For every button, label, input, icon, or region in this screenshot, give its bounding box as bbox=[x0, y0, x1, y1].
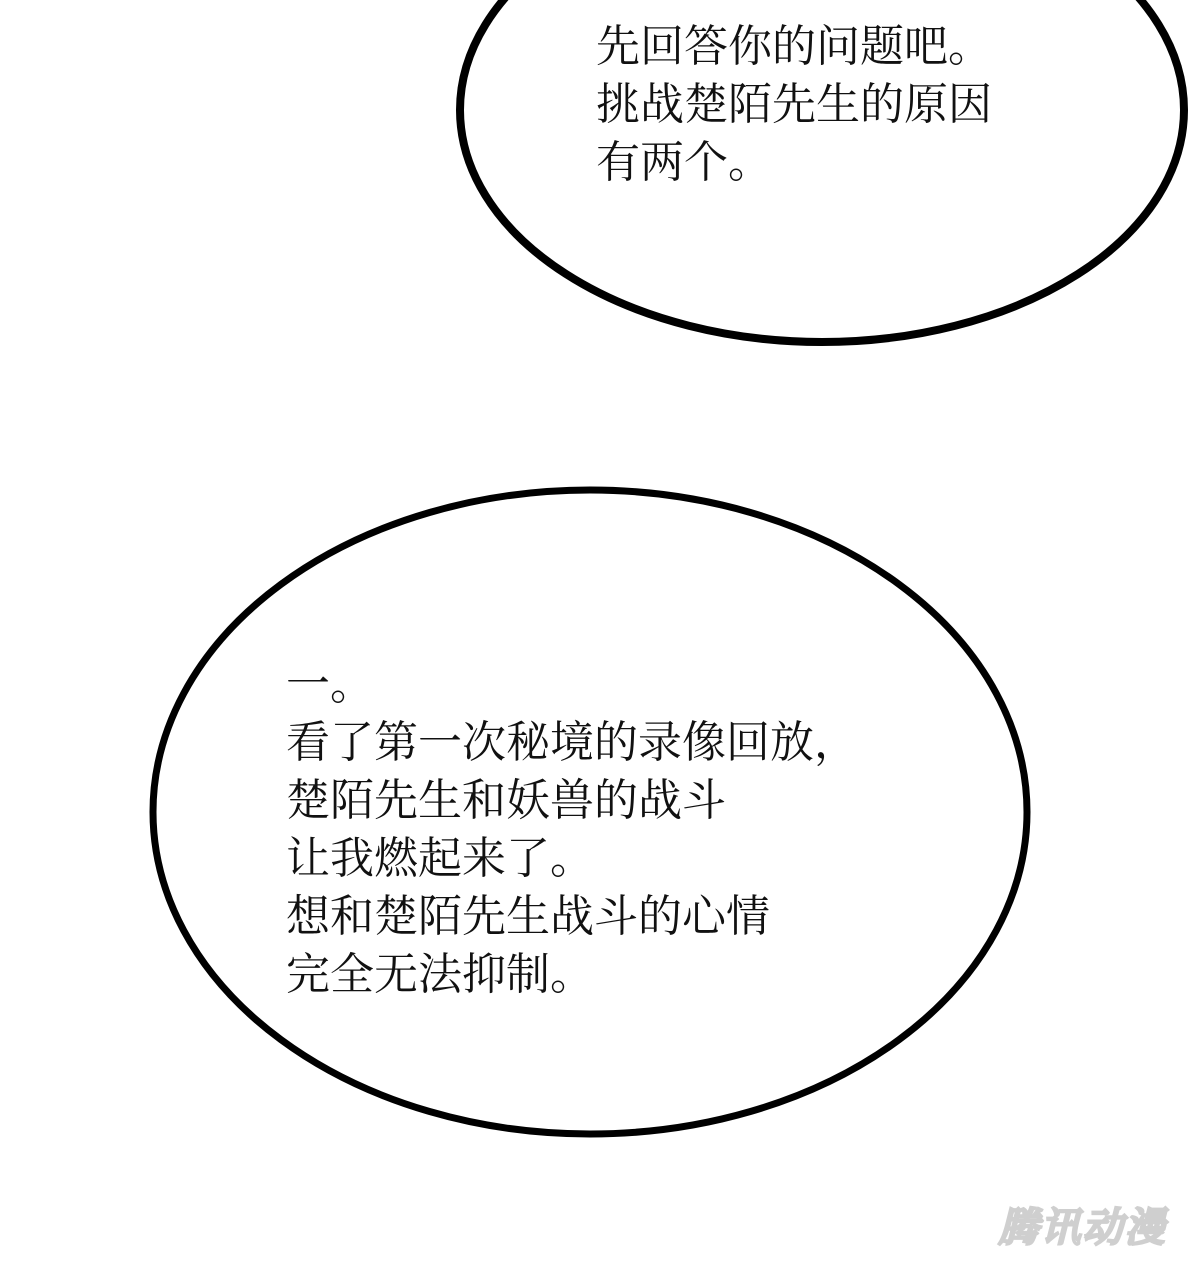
dialogue-line: 有两个。 bbox=[596, 134, 992, 192]
comic-page: 先回答你的问题吧。 挑战楚陌先生的原因 有两个。 一。 看了第一次秘境的录像回放… bbox=[0, 0, 1200, 1270]
dialogue-line: 完全无法抑制。 bbox=[286, 946, 858, 1004]
dialogue-line: 楚陌先生和妖兽的战斗 bbox=[286, 772, 858, 830]
dialogue-line: 先回答你的问题吧。 bbox=[596, 18, 992, 76]
speech-bubble-top-text: 先回答你的问题吧。 挑战楚陌先生的原因 有两个。 bbox=[596, 18, 992, 192]
dialogue-line: 挑战楚陌先生的原因 bbox=[596, 76, 992, 134]
watermark-logo: 腾讯动漫 bbox=[990, 1203, 1175, 1253]
dialogue-line: 想和楚陌先生战斗的心情 bbox=[286, 888, 858, 946]
speech-bubble-bottom-text: 一。 看了第一次秘境的录像回放， 楚陌先生和妖兽的战斗 让我燃起来了。 想和楚陌… bbox=[286, 656, 858, 1004]
dialogue-line: 让我燃起来了。 bbox=[286, 830, 858, 888]
dialogue-line: 看了第一次秘境的录像回放， bbox=[286, 714, 858, 772]
dialogue-line: 一。 bbox=[286, 656, 858, 714]
